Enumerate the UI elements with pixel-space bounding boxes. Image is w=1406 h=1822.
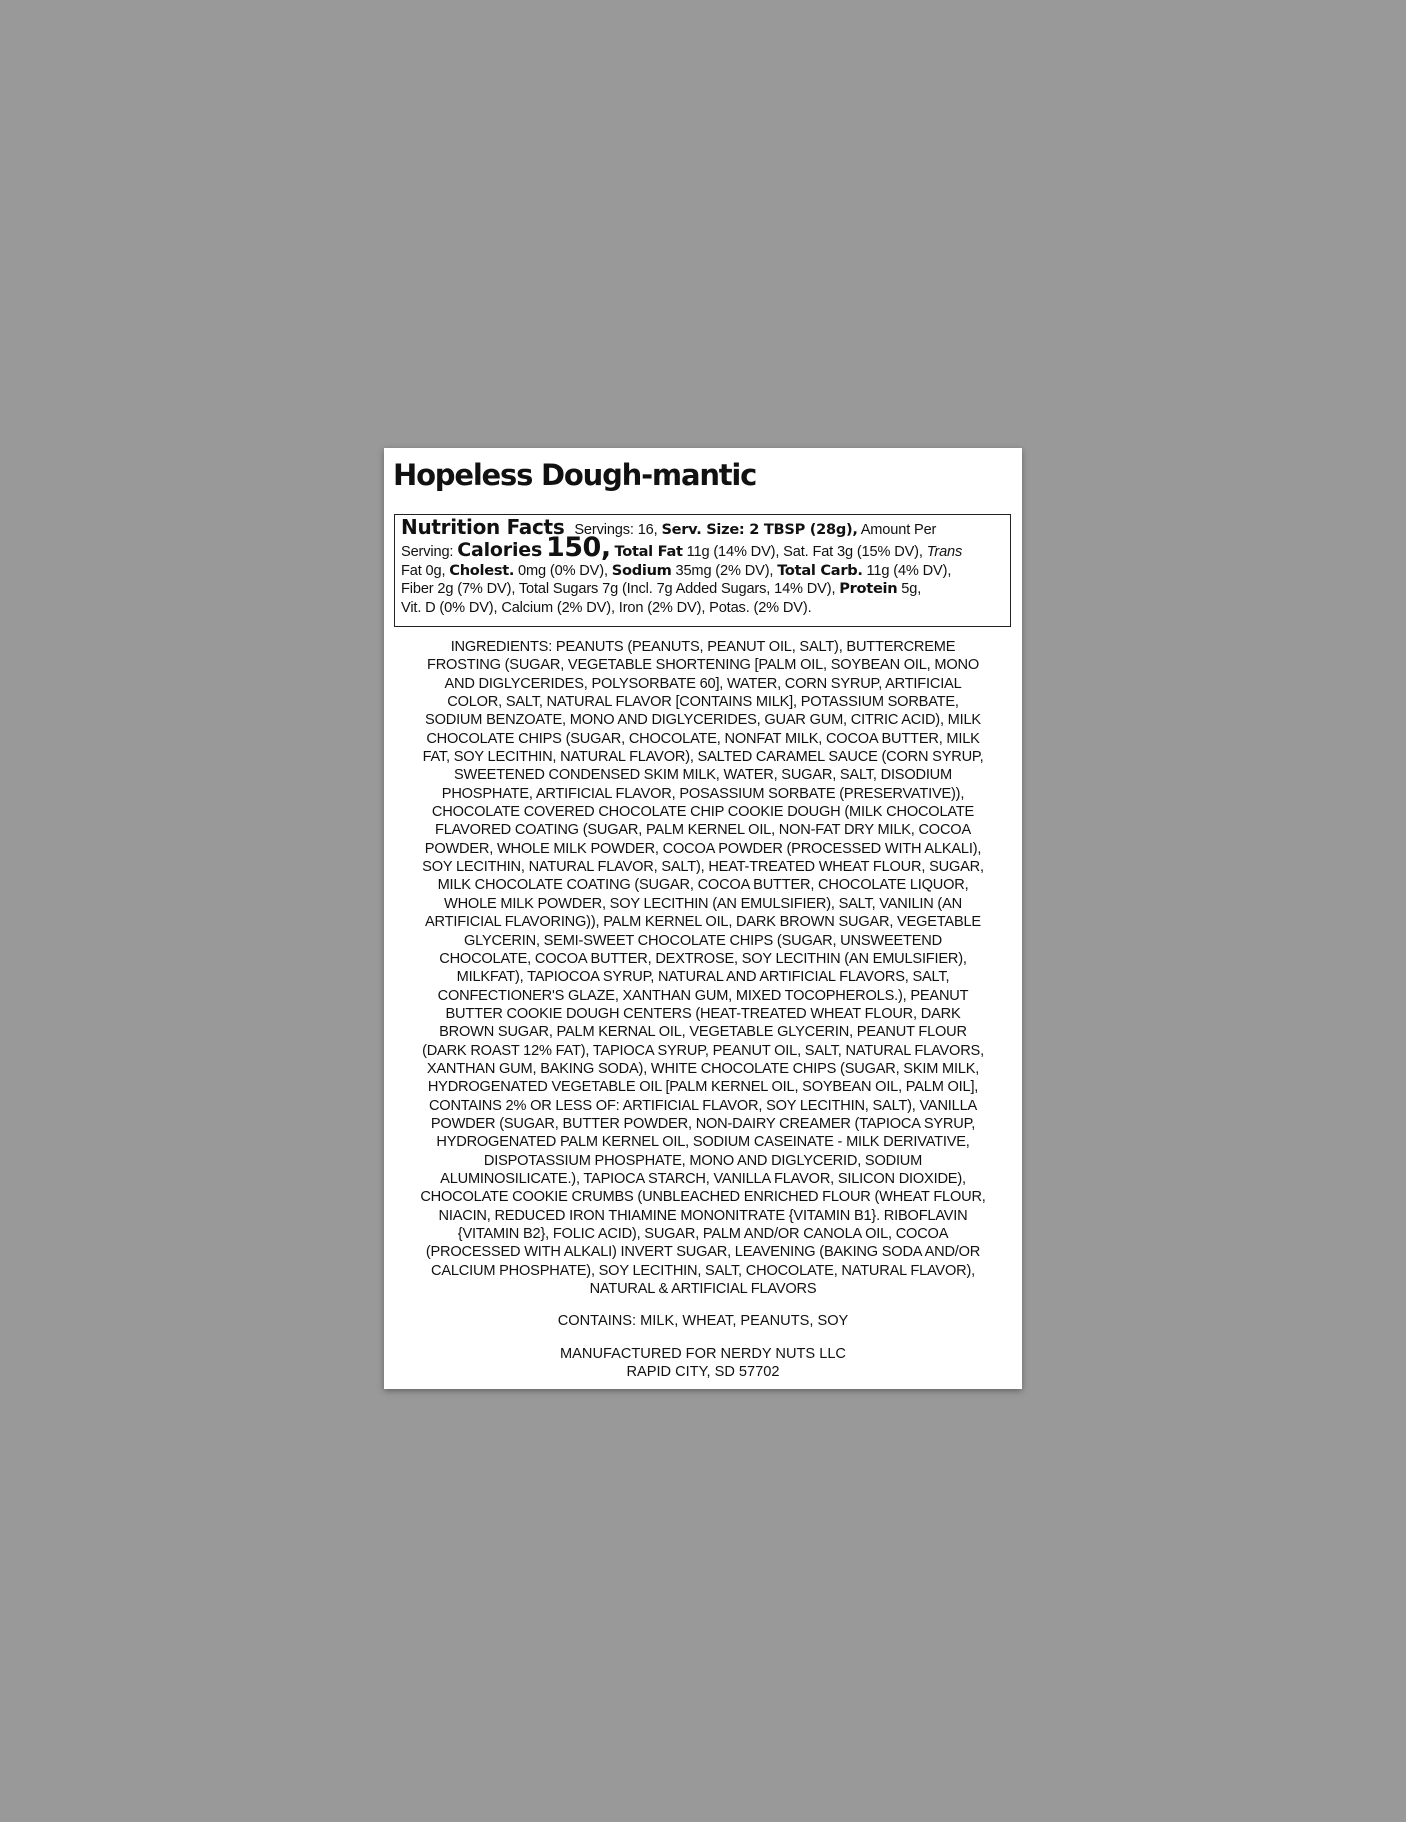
ingredients-line: FAT, SOY LECITHIN, NATURAL FLAVOR), SALT… bbox=[392, 748, 1014, 766]
ingredients-line: MILK CHOCOLATE COATING (SUGAR, COCOA BUT… bbox=[392, 876, 1014, 894]
label-page: Hopeless Dough-mantic Nutrition Facts Se… bbox=[384, 448, 1022, 1389]
ingredients-line: CHOCOLATE CHIPS (SUGAR, CHOCOLATE, NONFA… bbox=[392, 730, 1014, 748]
fiber-sugars: Fiber 2g (7% DV), Total Sugars 7g (Incl.… bbox=[401, 581, 835, 597]
ingredients-line: CHOCOLATE COOKIE CRUMBS (UNBLEACHED ENRI… bbox=[392, 1188, 1014, 1206]
trans-value: Fat 0g, bbox=[401, 563, 445, 579]
ingredients-line: COLOR, SALT, NATURAL FLAVOR [CONTAINS MI… bbox=[392, 693, 1014, 711]
allergen-statement: CONTAINS: MILK, WHEAT, PEANUTS, SOY bbox=[384, 1312, 1022, 1330]
ingredients-line: FLAVORED COATING (SUGAR, PALM KERNEL OIL… bbox=[392, 821, 1014, 839]
nutrition-line-4: Fiber 2g (7% DV), Total Sugars 7g (Incl.… bbox=[401, 580, 1005, 598]
ingredients-line: SOY LECITHIN, NATURAL FLAVOR, SALT), HEA… bbox=[392, 858, 1014, 876]
nutrition-line-1: Nutrition Facts Servings: 16, Serv. Size… bbox=[401, 518, 1005, 539]
ingredients-list: INGREDIENTS: PEANUTS (PEANUTS, PEANUT OI… bbox=[392, 638, 1014, 1298]
serving-size: Serv. Size: 2 TBSP (28g), bbox=[661, 521, 857, 538]
total-fat-value: 11g (14% DV), Sat. Fat 3g (15% DV), bbox=[687, 544, 923, 560]
calories-value: 150, bbox=[546, 532, 611, 563]
protein-value: 5g, bbox=[901, 581, 921, 597]
cholesterol-label: Cholest. bbox=[449, 562, 514, 579]
ingredients-line: (DARK ROAST 12% FAT), TAPIOCA SYRUP, PEA… bbox=[392, 1042, 1014, 1060]
ingredients-line: HYDROGENATED VEGETABLE OIL [PALM KERNEL … bbox=[392, 1078, 1014, 1096]
amount-per-serving: Serving: bbox=[401, 544, 453, 560]
ingredients-line: INGREDIENTS: PEANUTS (PEANUTS, PEANUT OI… bbox=[392, 638, 1014, 656]
ingredients-line: NATURAL & ARTIFICIAL FLAVORS bbox=[392, 1280, 1014, 1298]
ingredients-line: ALUMINOSILICATE.), TAPIOCA STARCH, VANIL… bbox=[392, 1170, 1014, 1188]
ingredients-line: POWDER (SUGAR, BUTTER POWDER, NON-DAIRY … bbox=[392, 1115, 1014, 1133]
total-fat-label: Total Fat bbox=[615, 543, 683, 560]
nutrition-line-2: Serving: Calories 150, Total Fat 11g (14… bbox=[401, 539, 1005, 561]
product-title: Hopeless Dough-mantic bbox=[393, 452, 756, 498]
ingredients-line: {VITAMIN B2}, FOLIC ACID), SUGAR, PALM A… bbox=[392, 1225, 1014, 1243]
ingredients-line: ARTIFICIAL FLAVORING)), PALM KERNEL OIL,… bbox=[392, 913, 1014, 931]
ingredients-line: CONFECTIONER'S GLAZE, XANTHAN GUM, MIXED… bbox=[392, 987, 1014, 1005]
protein-label: Protein bbox=[839, 580, 897, 597]
ingredients-line: XANTHAN GUM, BAKING SODA), WHITE CHOCOLA… bbox=[392, 1060, 1014, 1078]
ingredients-line: CONTAINS 2% OR LESS OF: ARTIFICIAL FLAVO… bbox=[392, 1097, 1014, 1115]
amount-per: Amount Per bbox=[861, 522, 937, 538]
ingredients-line: MILKFAT), TAPIOCOA SYRUP, NATURAL AND AR… bbox=[392, 968, 1014, 986]
vitamins-minerals: Vit. D (0% DV), Calcium (2% DV), Iron (2… bbox=[401, 600, 812, 616]
sodium-label: Sodium bbox=[612, 562, 672, 579]
ingredients-line: SWEETENED CONDENSED SKIM MILK, WATER, SU… bbox=[392, 766, 1014, 784]
ingredients-line: PHOSPHATE, ARTIFICIAL FLAVOR, POSASSIUM … bbox=[392, 785, 1014, 803]
nutrition-line-5: Vit. D (0% DV), Calcium (2% DV), Iron (2… bbox=[401, 599, 1005, 617]
ingredients-line: GLYCERIN, SEMI-SWEET CHOCOLATE CHIPS (SU… bbox=[392, 932, 1014, 950]
total-carb-label: Total Carb. bbox=[777, 562, 862, 579]
ingredients-line: DISPOTASSIUM PHOSPHATE, MONO AND DIGLYCE… bbox=[392, 1152, 1014, 1170]
manufacturer-name: MANUFACTURED FOR NERDY NUTS LLC bbox=[384, 1345, 1022, 1363]
ingredients-line: CHOCOLATE COVERED CHOCOLATE CHIP COOKIE … bbox=[392, 803, 1014, 821]
ingredients-line: FROSTING (SUGAR, VEGETABLE SHORTENING [P… bbox=[392, 656, 1014, 674]
nutrition-facts-panel: Nutrition Facts Servings: 16, Serv. Size… bbox=[394, 514, 1011, 627]
ingredients-line: NIACIN, REDUCED IRON THIAMINE MONONITRAT… bbox=[392, 1207, 1014, 1225]
total-carb-value: 11g (4% DV), bbox=[867, 563, 952, 579]
ingredients-line: CHOCOLATE, COCOA BUTTER, DEXTROSE, SOY L… bbox=[392, 950, 1014, 968]
ingredients-line: HYDROGENATED PALM KERNEL OIL, SODIUM CAS… bbox=[392, 1133, 1014, 1151]
ingredients-line: POWDER, WHOLE MILK POWDER, COCOA POWDER … bbox=[392, 840, 1014, 858]
cholesterol-value: 0mg (0% DV), bbox=[518, 563, 608, 579]
manufacturer-address: RAPID CITY, SD 57702 bbox=[384, 1363, 1022, 1381]
ingredients-line: BROWN SUGAR, PALM KERNAL OIL, VEGETABLE … bbox=[392, 1023, 1014, 1041]
ingredients-line: WHOLE MILK POWDER, SOY LECITHIN (AN EMUL… bbox=[392, 895, 1014, 913]
ingredients-line: AND DIGLYCERIDES, POLYSORBATE 60], WATER… bbox=[392, 675, 1014, 693]
manufacturer-info: MANUFACTURED FOR NERDY NUTS LLC RAPID CI… bbox=[384, 1345, 1022, 1381]
nutrition-facts-heading: Nutrition Facts bbox=[401, 515, 564, 539]
ingredients-line: SODIUM BENZOATE, MONO AND DIGLYCERIDES, … bbox=[392, 711, 1014, 729]
ingredients-line: BUTTER COOKIE DOUGH CENTERS (HEAT-TREATE… bbox=[392, 1005, 1014, 1023]
ingredients-line: (PROCESSED WITH ALKALI) INVERT SUGAR, LE… bbox=[392, 1243, 1014, 1261]
ingredients-line: CALCIUM PHOSPHATE), SOY LECITHIN, SALT, … bbox=[392, 1262, 1014, 1280]
trans-label: Trans bbox=[927, 544, 962, 560]
calories-label: Calories bbox=[457, 539, 542, 561]
sodium-value: 35mg (2% DV), bbox=[676, 563, 774, 579]
nutrition-line-3: Fat 0g, Cholest. 0mg (0% DV), Sodium 35m… bbox=[401, 562, 1005, 580]
